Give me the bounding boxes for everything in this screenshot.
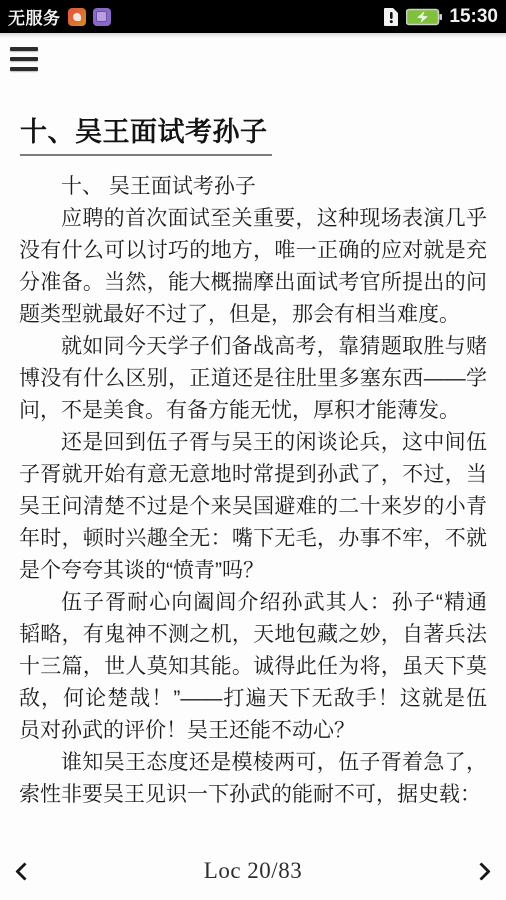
- menu-icon-bar: [10, 67, 38, 71]
- reader-app-screen: 无服务 15:30: [0, 0, 506, 900]
- clock: 15:30: [449, 6, 498, 28]
- menu-icon[interactable]: [10, 47, 38, 77]
- prev-page-icon[interactable]: [15, 862, 33, 880]
- chapter-title: 十、吴王面试考孙子: [20, 110, 272, 156]
- menu-icon-bar: [10, 47, 38, 51]
- no-sim-icon: [383, 7, 399, 27]
- status-bar-left: 无服务: [8, 4, 111, 29]
- paragraph: 还是回到伍子胥与吴王的闲谈论兵，这中间伍子胥就开始有意无意地时常提到孙武了，不过…: [19, 427, 487, 587]
- status-bar: 无服务 15:30: [0, 0, 506, 33]
- paragraph: 伍子胥耐心向阖闾介绍孙武其人：孙子“精通韬略，有鬼神不测之机，天地包藏之妙，自著…: [19, 587, 487, 747]
- paragraph: 就如同今天学子们备战高考，靠猜题取胜与赌博没有什么区别，正道还是往肚里多塞东西—…: [19, 331, 487, 427]
- notification-app-icon: [68, 8, 86, 26]
- next-page-icon[interactable]: [472, 862, 490, 880]
- carrier-label: 无服务: [8, 4, 61, 29]
- menu-icon-bar: [10, 57, 38, 61]
- reader-text-area[interactable]: 十、 吴王面试考孙子 应聘的首次面试至关重要，这种现场表演几乎没有什么可以讨巧的…: [19, 171, 487, 811]
- paragraph: 应聘的首次面试至关重要，这种现场表演几乎没有什么可以讨巧的地方，唯一正确的应对就…: [19, 203, 487, 331]
- location-indicator: Loc 20/83: [204, 858, 302, 884]
- paragraph: 谁知吴王态度还是模棱两可，伍子胥着急了，索性非要吴王见识一下孙武的能耐不可，据史…: [19, 747, 487, 811]
- paragraph-heading: 十、 吴王面试考孙子: [19, 171, 487, 203]
- page-nav-bar: Loc 20/83: [0, 842, 506, 900]
- statusbar-shadow: [0, 33, 506, 38]
- status-bar-right: 15:30: [383, 6, 498, 28]
- battery-charging-icon: [406, 8, 442, 26]
- chapter-title-text: 十、吴王面试考孙子: [20, 110, 272, 156]
- notification-app-icon-2: [93, 8, 111, 26]
